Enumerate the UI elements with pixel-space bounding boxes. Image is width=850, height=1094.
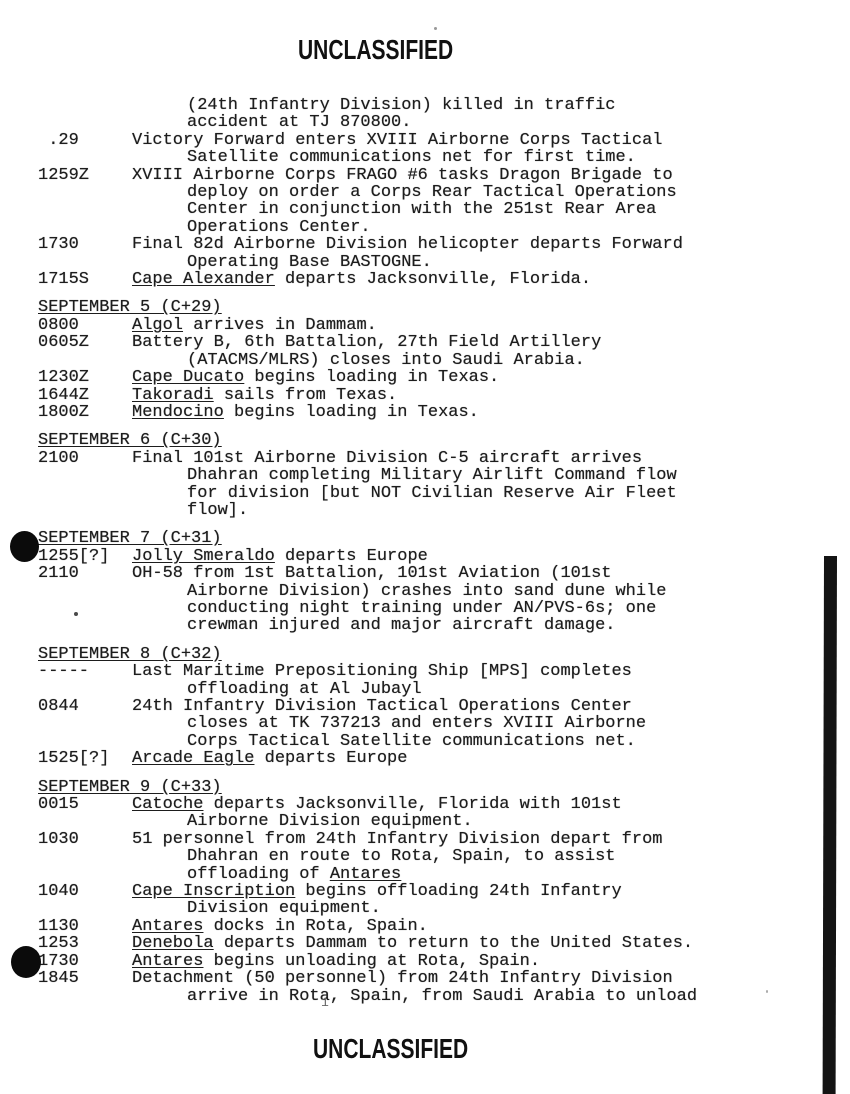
ship-name: Takoradi [132, 386, 214, 405]
log-section: SEPTEMBER 8 (C+32)-----Last Maritime Pre… [38, 646, 818, 768]
entry-description: Last Maritime Prepositioning Ship [MPS] … [132, 663, 818, 698]
log-entry: 1253Denebola departs Dammam to return to… [38, 935, 818, 952]
log-entry: 1525[?]Arcade Eagle departs Europe [38, 750, 818, 767]
entry-time: 1525[?] [38, 750, 132, 767]
entry-description: Detachment (50 personnel) from 24th Infa… [132, 970, 818, 1005]
section-heading: SEPTEMBER 9 (C+33) [38, 779, 818, 796]
entry-description: Cape Ducato begins loading in Texas. [132, 369, 818, 386]
entry-time: 1730 [38, 236, 132, 253]
hole-punch-mark [10, 531, 39, 562]
entry-line: Algol arrives in Dammam. [132, 317, 818, 334]
entry-time: 1253 [38, 935, 132, 952]
entry-line: XVIII Airborne Corps FRAGO #6 tasks Drag… [132, 167, 818, 184]
ship-name: Mendocino [132, 403, 224, 422]
entry-description: Mendocino begins loading in Texas. [132, 404, 818, 421]
ship-name: Denebola [132, 934, 214, 953]
ship-name: Jolly Smeraldo [132, 547, 275, 566]
entry-line: Jolly Smeraldo departs Europe [132, 548, 818, 565]
entry-line: flow]. [132, 502, 818, 519]
entry-description: 51 personnel from 24th Infantry Division… [132, 831, 818, 883]
log-section: SEPTEMBER 6 (C+30)2100Final 101st Airbor… [38, 432, 818, 519]
log-entry: 2110OH-58 from 1st Battalion, 101st Avia… [38, 565, 818, 635]
entry-time: 1259Z [38, 167, 132, 184]
entry-line: Last Maritime Prepositioning Ship [MPS] … [132, 663, 818, 680]
entry-line: deploy on order a Corps Rear Tactical Op… [132, 184, 818, 201]
entry-line: 24th Infantry Division Tactical Operatio… [132, 698, 818, 715]
section-heading: SEPTEMBER 7 (C+31) [38, 530, 818, 547]
entry-time: 1644Z [38, 387, 132, 404]
entry-description: Catoche departs Jacksonville, Florida wi… [132, 796, 818, 831]
log-entry: 1040Cape Inscription begins offloading 2… [38, 883, 818, 918]
log-entry: 0015Catoche departs Jacksonville, Florid… [38, 796, 818, 831]
log-entry: 1800ZMendocino begins loading in Texas. [38, 404, 818, 421]
entry-line: Airborne Division equipment. [132, 813, 818, 830]
entry-line: Detachment (50 personnel) from 24th Infa… [132, 970, 818, 987]
ship-name: Arcade Eagle [132, 749, 254, 768]
entry-line: Victory Forward enters XVIII Airborne Co… [132, 132, 818, 149]
entry-description: Arcade Eagle departs Europe [132, 750, 818, 767]
scanned-document-page: UNCLASSIFIED (24th Infantry Division) ki… [0, 0, 850, 1094]
entry-description: OH-58 from 1st Battalion, 101st Aviation… [132, 565, 818, 635]
entry-time: 1040 [38, 883, 132, 900]
entry-time: 1845 [38, 970, 132, 987]
entry-line: Corps Tactical Satellite communications … [132, 733, 818, 750]
section-heading: SEPTEMBER 6 (C+30) [38, 432, 818, 449]
entry-line: (ATACMS/MLRS) closes into Saudi Arabia. [132, 352, 818, 369]
entry-time: 1730 [38, 953, 132, 970]
entry-line: Final 82d Airborne Division helicopter d… [132, 236, 818, 253]
ship-name: Antares [132, 952, 203, 971]
log-entry: 2100Final 101st Airborne Division C-5 ai… [38, 450, 818, 520]
entry-line: crewman injured and major aircraft damag… [132, 617, 818, 634]
entry-line: Operating Base BASTOGNE. [132, 254, 818, 271]
entry-line: Catoche departs Jacksonville, Florida wi… [132, 796, 818, 813]
entry-line: Dhahran en route to Rota, Spain, to assi… [132, 848, 818, 865]
ship-name: Cape Inscription [132, 882, 295, 901]
log-entry: 1730Final 82d Airborne Division helicopt… [38, 236, 818, 271]
log-entry: (24th Infantry Division) killed in traff… [38, 97, 818, 132]
log-entry: 103051 personnel from 24th Infantry Divi… [38, 831, 818, 883]
entry-line: Center in conjunction with the 251st Rea… [132, 201, 818, 218]
ship-name: Cape Ducato [132, 368, 244, 387]
entry-line: Cape Alexander departs Jacksonville, Flo… [132, 271, 818, 288]
entry-line: 51 personnel from 24th Infantry Division… [132, 831, 818, 848]
entry-description: Jolly Smeraldo departs Europe [132, 548, 818, 565]
entry-description: Algol arrives in Dammam. [132, 317, 818, 334]
log-entry: 1845Detachment (50 personnel) from 24th … [38, 970, 818, 1005]
log-entry: 1715SCape Alexander departs Jacksonville… [38, 271, 818, 288]
entry-line: conducting night training under AN/PVS-6… [132, 600, 818, 617]
entry-line: OH-58 from 1st Battalion, 101st Aviation… [132, 565, 818, 582]
scan-edge-artifact [823, 556, 837, 1094]
entry-description: Denebola departs Dammam to return to the… [132, 935, 818, 952]
entry-description: Final 101st Airborne Division C-5 aircra… [132, 450, 818, 520]
ship-name: Antares [330, 865, 401, 884]
log-entry: 1130Antares docks in Rota, Spain. [38, 918, 818, 935]
entry-line: Final 101st Airborne Division C-5 aircra… [132, 450, 818, 467]
entry-description: Cape Inscription begins offloading 24th … [132, 883, 818, 918]
log-entry: .29Victory Forward enters XVIII Airborne… [38, 132, 818, 167]
log-entry: 1255[?]Jolly Smeraldo departs Europe [38, 548, 818, 565]
entry-description: XVIII Airborne Corps FRAGO #6 tasks Drag… [132, 167, 818, 237]
entry-time: 1715S [38, 271, 132, 288]
entry-description: (24th Infantry Division) killed in traff… [132, 97, 818, 132]
entry-description: Cape Alexander departs Jacksonville, Flo… [132, 271, 818, 288]
log-entry: 1644ZTakoradi sails from Texas. [38, 387, 818, 404]
entry-line: Takoradi sails from Texas. [132, 387, 818, 404]
log-entry: 1230ZCape Ducato begins loading in Texas… [38, 369, 818, 386]
entry-time: 0605Z [38, 334, 132, 351]
entry-time: 1030 [38, 831, 132, 848]
entry-line: Battery B, 6th Battalion, 27th Field Art… [132, 334, 818, 351]
log-section: SEPTEMBER 5 (C+29)0800Algol arrives in D… [38, 299, 818, 421]
ship-name: Algol [132, 316, 183, 335]
entry-description: 24th Infantry Division Tactical Operatio… [132, 698, 818, 750]
entry-line: Antares docks in Rota, Spain. [132, 918, 818, 935]
entry-line: Satellite communications net for first t… [132, 149, 818, 166]
entry-line: accident at TJ 870800. [132, 114, 818, 131]
entry-time: 1800Z [38, 404, 132, 421]
entry-time: 0800 [38, 317, 132, 334]
entry-description: Antares docks in Rota, Spain. [132, 918, 818, 935]
log-entry: -----Last Maritime Prepositioning Ship [… [38, 663, 818, 698]
entry-line: offloading at Al Jubayl [132, 681, 818, 698]
log-sections: (24th Infantry Division) killed in traff… [38, 97, 818, 1005]
log-section: SEPTEMBER 9 (C+33)0015Catoche departs Ja… [38, 779, 818, 1005]
entry-line: Antares begins unloading at Rota, Spain. [132, 953, 818, 970]
page-number-mark: 1 [321, 995, 329, 1010]
entry-line: (24th Infantry Division) killed in traff… [132, 97, 818, 114]
entry-line: Denebola departs Dammam to return to the… [132, 935, 818, 952]
classification-banner-top: UNCLASSIFIED [298, 34, 453, 66]
entry-line: closes at TK 737213 and enters XVIII Air… [132, 715, 818, 732]
entry-description: Final 82d Airborne Division helicopter d… [132, 236, 818, 271]
ship-name: Antares [132, 917, 203, 936]
section-heading: SEPTEMBER 8 (C+32) [38, 646, 818, 663]
entry-line: Cape Ducato begins loading in Texas. [132, 369, 818, 386]
ship-name: Cape Alexander [132, 270, 275, 289]
entry-line: Dhahran completing Military Airlift Comm… [132, 467, 818, 484]
entry-description: Takoradi sails from Texas. [132, 387, 818, 404]
entry-line: Division equipment. [132, 900, 818, 917]
log-section: (24th Infantry Division) killed in traff… [38, 97, 818, 288]
log-entry: 1730Antares begins unloading at Rota, Sp… [38, 953, 818, 970]
entry-line: Cape Inscription begins offloading 24th … [132, 883, 818, 900]
log-entry: 0800Algol arrives in Dammam. [38, 317, 818, 334]
entry-time: 0844 [38, 698, 132, 715]
log-entry: 084424th Infantry Division Tactical Oper… [38, 698, 818, 750]
ship-name: Catoche [132, 795, 203, 814]
entry-time: .29 [38, 132, 132, 149]
log-entry: 1259ZXVIII Airborne Corps FRAGO #6 tasks… [38, 167, 818, 237]
scan-speck [434, 27, 437, 30]
scan-speck [74, 612, 78, 616]
entry-line: Airborne Division) crashes into sand dun… [132, 583, 818, 600]
entry-line: for division [but NOT Civilian Reserve A… [132, 485, 818, 502]
entry-time: 1255[?] [38, 548, 132, 565]
classification-banner-bottom: UNCLASSIFIED [313, 1033, 468, 1065]
entry-line: offloading of Antares [132, 866, 818, 883]
entry-description: Battery B, 6th Battalion, 27th Field Art… [132, 334, 818, 369]
entry-line: Mendocino begins loading in Texas. [132, 404, 818, 421]
log-section: SEPTEMBER 7 (C+31)1255[?]Jolly Smeraldo … [38, 530, 818, 634]
entry-line: Operations Center. [132, 219, 818, 236]
entry-time: 0015 [38, 796, 132, 813]
entry-line: arrive in Rota, Spain, from Saudi Arabia… [132, 988, 818, 1005]
entry-description: Victory Forward enters XVIII Airborne Co… [132, 132, 818, 167]
entry-time: 1230Z [38, 369, 132, 386]
hole-punch-mark [11, 946, 41, 978]
entry-line: Arcade Eagle departs Europe [132, 750, 818, 767]
scan-speck [766, 990, 768, 993]
section-heading: SEPTEMBER 5 (C+29) [38, 299, 818, 316]
entry-time: 2100 [38, 450, 132, 467]
entry-time: 2110 [38, 565, 132, 582]
log-entry: 0605ZBattery B, 6th Battalion, 27th Fiel… [38, 334, 818, 369]
entry-time: ----- [38, 663, 132, 680]
entry-time: 1130 [38, 918, 132, 935]
entry-description: Antares begins unloading at Rota, Spain. [132, 953, 818, 970]
